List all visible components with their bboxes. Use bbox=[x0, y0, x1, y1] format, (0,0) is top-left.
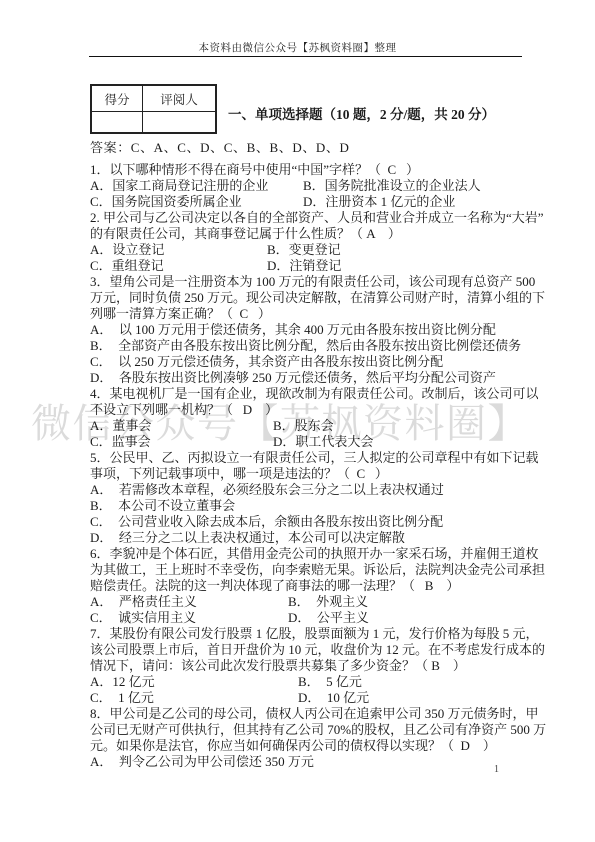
option-left: C．国务院国资委所属企业 bbox=[90, 194, 242, 209]
header-divider bbox=[89, 56, 522, 57]
header-source-line: 本资料由微信公众号【苏枫资料圈】整理 bbox=[0, 40, 595, 55]
question-8-line: A． 判令乙公司为甲公司偿还 350 万元 bbox=[90, 754, 550, 770]
question-3-line: D． 各股东按出资比例凑够 250 万元偿还债务，然后平均分配公司资产 bbox=[90, 370, 550, 386]
question-8-line: 公司已无财产可供执行，但其持有乙公司 70%的股权，且乙公司有净资产 500 万 bbox=[90, 722, 550, 738]
option-right: B． 外观主义 bbox=[288, 594, 368, 610]
option-right: D．注销登记 bbox=[267, 258, 341, 274]
option-left: C． 1 亿元 bbox=[90, 690, 154, 705]
question-8-line: 元。如果你是法官，你应当如何确保丙公司的债权得以实现？（ D ） bbox=[90, 738, 550, 754]
option-left: C．监事会 bbox=[90, 434, 151, 449]
option-left: A．12 亿元 bbox=[90, 674, 155, 689]
question-5-line: 5．公民甲、乙、丙拟设立一有限责任公司，三人拟定的公司章程中有如下记载 bbox=[90, 450, 550, 466]
score-table-col2-header: 评阅人 bbox=[143, 85, 217, 112]
question-6-line: A． 严格责任主义B． 外观主义 bbox=[90, 594, 550, 610]
question-6-line: 为其做工，王上班时不幸受伤，向李索赔无果。诉讼后，法院判决金壳公司承担 bbox=[90, 562, 550, 578]
question-4-line: C．监事会D．职工代表大会 bbox=[90, 434, 550, 450]
question-3-line: 万元，同时负债 250 万元。现公司决定解散，在清算公司财产时，清算小组的下 bbox=[90, 290, 550, 306]
question-3-line: 列哪一清算方案正确？（ C ） bbox=[90, 306, 550, 322]
question-4-line: 4．某电视机厂是一国有企业，现欲改制为有限责任公司。改制后，该公司可以 bbox=[90, 386, 550, 402]
question-6-line: 赔偿责任。法院的这一判决体现了商事法的哪一法理？（ B ） bbox=[90, 578, 550, 594]
option-left: C． 诚实信用主义 bbox=[90, 610, 196, 625]
option-right: B．股东会 bbox=[273, 418, 334, 434]
question-7-line: C． 1 亿元D． 10 亿元 bbox=[90, 690, 550, 706]
question-8-line: 8．甲公司是乙公司的母公司，债权人丙公司在追索甲公司 350 万元债务时，甲 bbox=[90, 706, 550, 722]
question-3-line: C． 以 250 万元偿还债务，其余资产由各股东按出资比例分配 bbox=[90, 354, 550, 370]
option-left: A． 严格责任主义 bbox=[90, 594, 197, 609]
question-7-line: 情况下，请问：该公司此次发行股票共募集了多少资金？（ B ） bbox=[90, 658, 550, 674]
question-5-line: C． 公司营业收入除去成本后，余额由各股东按出资比例分配 bbox=[90, 514, 550, 530]
question-5-line: A． 若需修改本章程，必须经股东会三分之二以上表决权通过 bbox=[90, 482, 550, 498]
question-2-line: 2. 甲公司与乙公司决定以各自的全部资产、人员和营业合并成立一名称为“大岩” bbox=[90, 210, 550, 226]
question-5-line: D． 经三分之二以上表决权通过，本公司可以决定解散 bbox=[90, 530, 550, 546]
option-right: B．变更登记 bbox=[267, 242, 341, 258]
score-table-col1-header: 得分 bbox=[91, 85, 143, 112]
question-6-line: C． 诚实信用主义D． 公平主义 bbox=[90, 610, 550, 626]
question-6-line: 6．李貌冲是个体石匠，其借用金壳公司的执照开办一家采石场，并雇佣王道枚 bbox=[90, 546, 550, 562]
option-left: A．董事会 bbox=[90, 418, 151, 433]
option-right: D． 10 亿元 bbox=[298, 690, 369, 706]
option-left: A．设立登记 bbox=[90, 242, 164, 257]
question-1-line: C．国务院国资委所属企业D．注册资本 1 亿元的企业 bbox=[90, 194, 550, 210]
answer-key-line: 答案：C、A、C、D、C、B、B、D、D、D bbox=[90, 137, 350, 156]
question-2-line: 的有限责任公司，其商事登记属于什么性质？（ A ） bbox=[90, 226, 550, 242]
questions: 1．以下哪种情形不得在商号中使用“中国”字样？（ C ）A．国家工商局登记注册的… bbox=[90, 162, 550, 770]
question-4-line: 不设立下列哪一机构？（ D ） bbox=[90, 402, 550, 418]
question-1-line: A．国家工商局登记注册的企业B．国务院批准设立的企业法人 bbox=[90, 178, 550, 194]
question-3-line: B． 全部资产由各股东按出资比例分配，然后由各股东按出资比例偿还债务 bbox=[90, 338, 550, 354]
option-right: B． 5 亿元 bbox=[298, 674, 362, 690]
option-right: B．国务院批准设立的企业法人 bbox=[303, 178, 481, 194]
question-5-line: 事项，下列记载事项中，哪一项是违法的？（ C ） bbox=[90, 466, 550, 482]
option-right: D． 公平主义 bbox=[288, 610, 369, 626]
question-3-line: A． 以 100 万元用于偿还债务，其余 400 万元由各股东按出资比例分配 bbox=[90, 322, 550, 338]
question-2-line: C．重组登记D．注销登记 bbox=[90, 258, 550, 274]
question-7-line: A．12 亿元B． 5 亿元 bbox=[90, 674, 550, 690]
exam-page: 本资料由微信公众号【苏枫资料圈】整理 微信公众号【苏枫资料圈】 得分 评阅人 一… bbox=[0, 0, 595, 842]
section-title: 一、单项选择题（10 题，2 分/题，共 20 分） bbox=[228, 103, 495, 123]
page-number: 1 bbox=[494, 764, 499, 775]
score-table: 得分 评阅人 bbox=[90, 84, 217, 134]
question-2-line: A．设立登记B．变更登记 bbox=[90, 242, 550, 258]
option-left: C．重组登记 bbox=[90, 258, 164, 273]
question-3-line: 3．望角公司是一注册资本为 100 万元的有限责任公司，该公司现有总资产 500 bbox=[90, 274, 550, 290]
option-right: D．职工代表大会 bbox=[273, 434, 373, 450]
option-right: D．注册资本 1 亿元的企业 bbox=[303, 194, 455, 210]
question-4-line: A．董事会B．股东会 bbox=[90, 418, 550, 434]
question-5-line: B． 本公司不设立董事会 bbox=[90, 498, 550, 514]
score-table-col1-cell bbox=[91, 112, 143, 134]
option-left: A．国家工商局登记注册的企业 bbox=[90, 178, 268, 193]
question-7-line: 该公司股票上市后，首日开盘价为 10 元，收盘价为 12 元。在不考虑发行成本的 bbox=[90, 642, 550, 658]
score-table-col2-cell bbox=[143, 112, 217, 134]
question-7-line: 7．某股份有限公司发行股票 1 亿股，股票面额为 1 元，发行价格为每股 5 元… bbox=[90, 626, 550, 642]
question-1-line: 1．以下哪种情形不得在商号中使用“中国”字样？（ C ） bbox=[90, 162, 550, 178]
